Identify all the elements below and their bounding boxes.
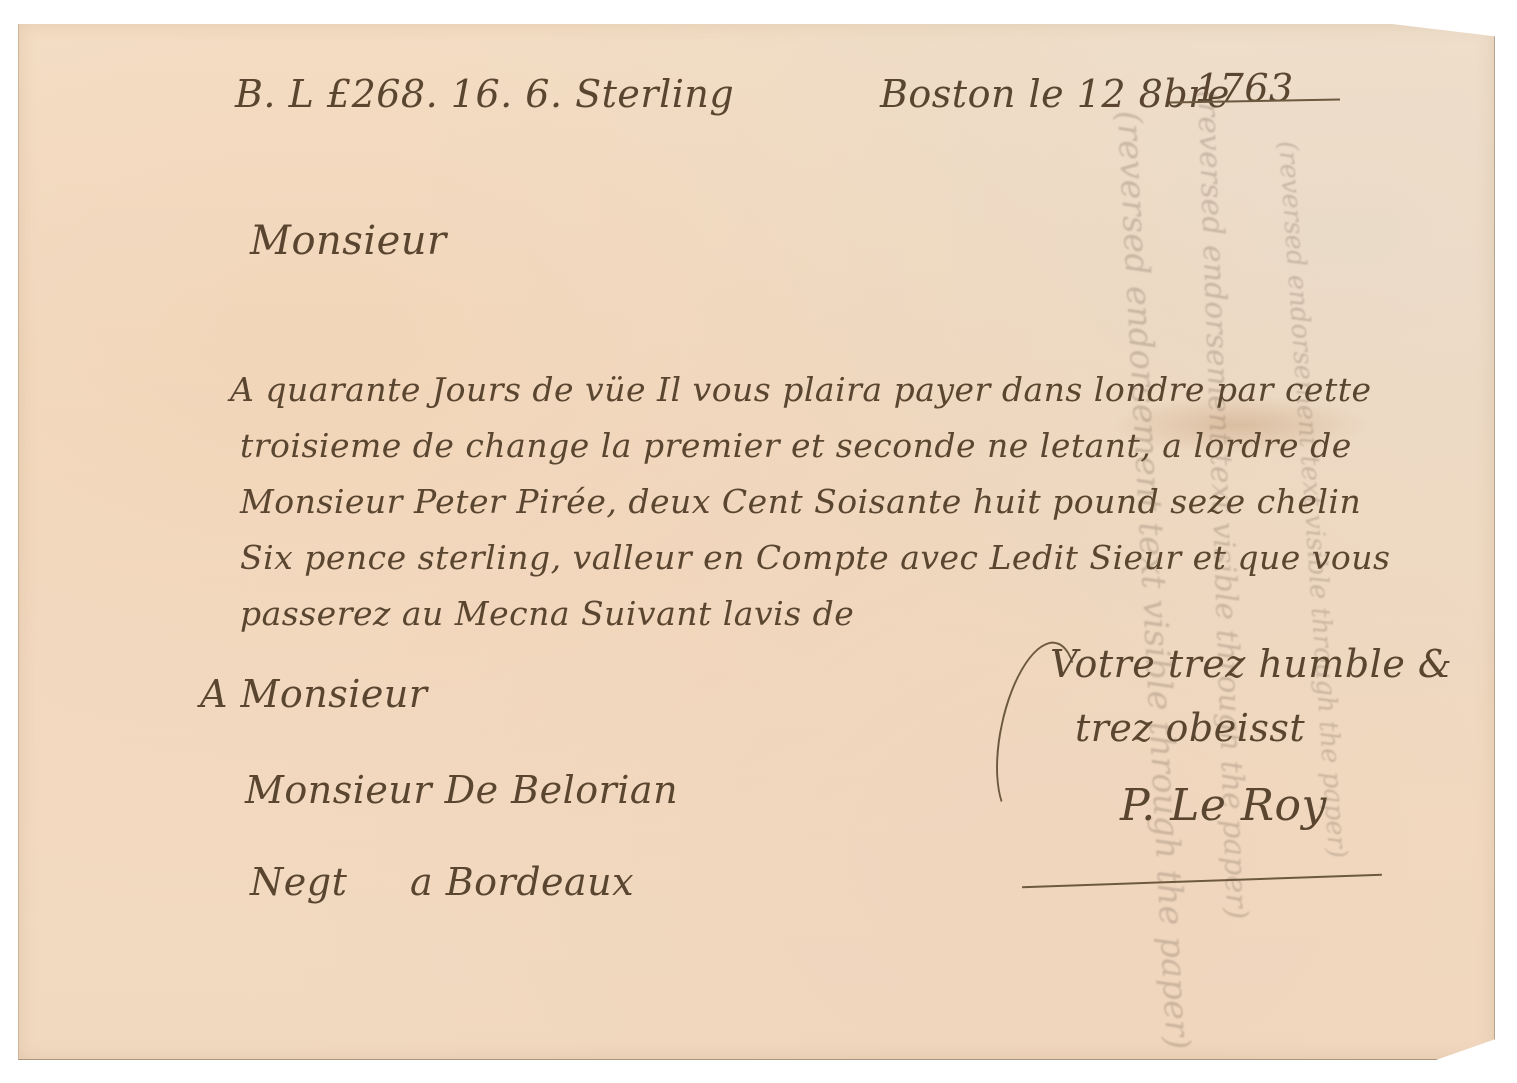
closing-line-2: trez obeisst: [1075, 706, 1305, 750]
body-line-2: troisieme de change la premier et second…: [240, 426, 1352, 465]
body-line-1: A quarante Jours de vüe Il vous plaira p…: [230, 370, 1372, 409]
body-line-3: Monsieur Peter Pirée, deux Cent Soisante…: [240, 482, 1361, 521]
closing-line-1: Votre trez humble &: [1050, 642, 1452, 686]
signature: P. Le Roy: [1120, 780, 1327, 831]
salutation: Monsieur: [250, 218, 447, 264]
date-year: 1763: [1195, 66, 1294, 110]
body-line-5: passerez au Mecna Suivant lavis de: [240, 594, 854, 633]
addressee-line-1: A Monsieur: [200, 672, 428, 716]
addressee-line-2: Monsieur De Belorian: [245, 768, 678, 812]
bill-amount: B. L £268. 16. 6. Sterling: [235, 72, 734, 116]
addressee-line-3: Negt: [250, 860, 347, 904]
place-date: Boston le 12 8bre: [880, 72, 1230, 116]
body-line-4: Six pence sterling, valleur en Compte av…: [240, 538, 1390, 577]
addressee-line-4: a Bordeaux: [410, 860, 634, 904]
